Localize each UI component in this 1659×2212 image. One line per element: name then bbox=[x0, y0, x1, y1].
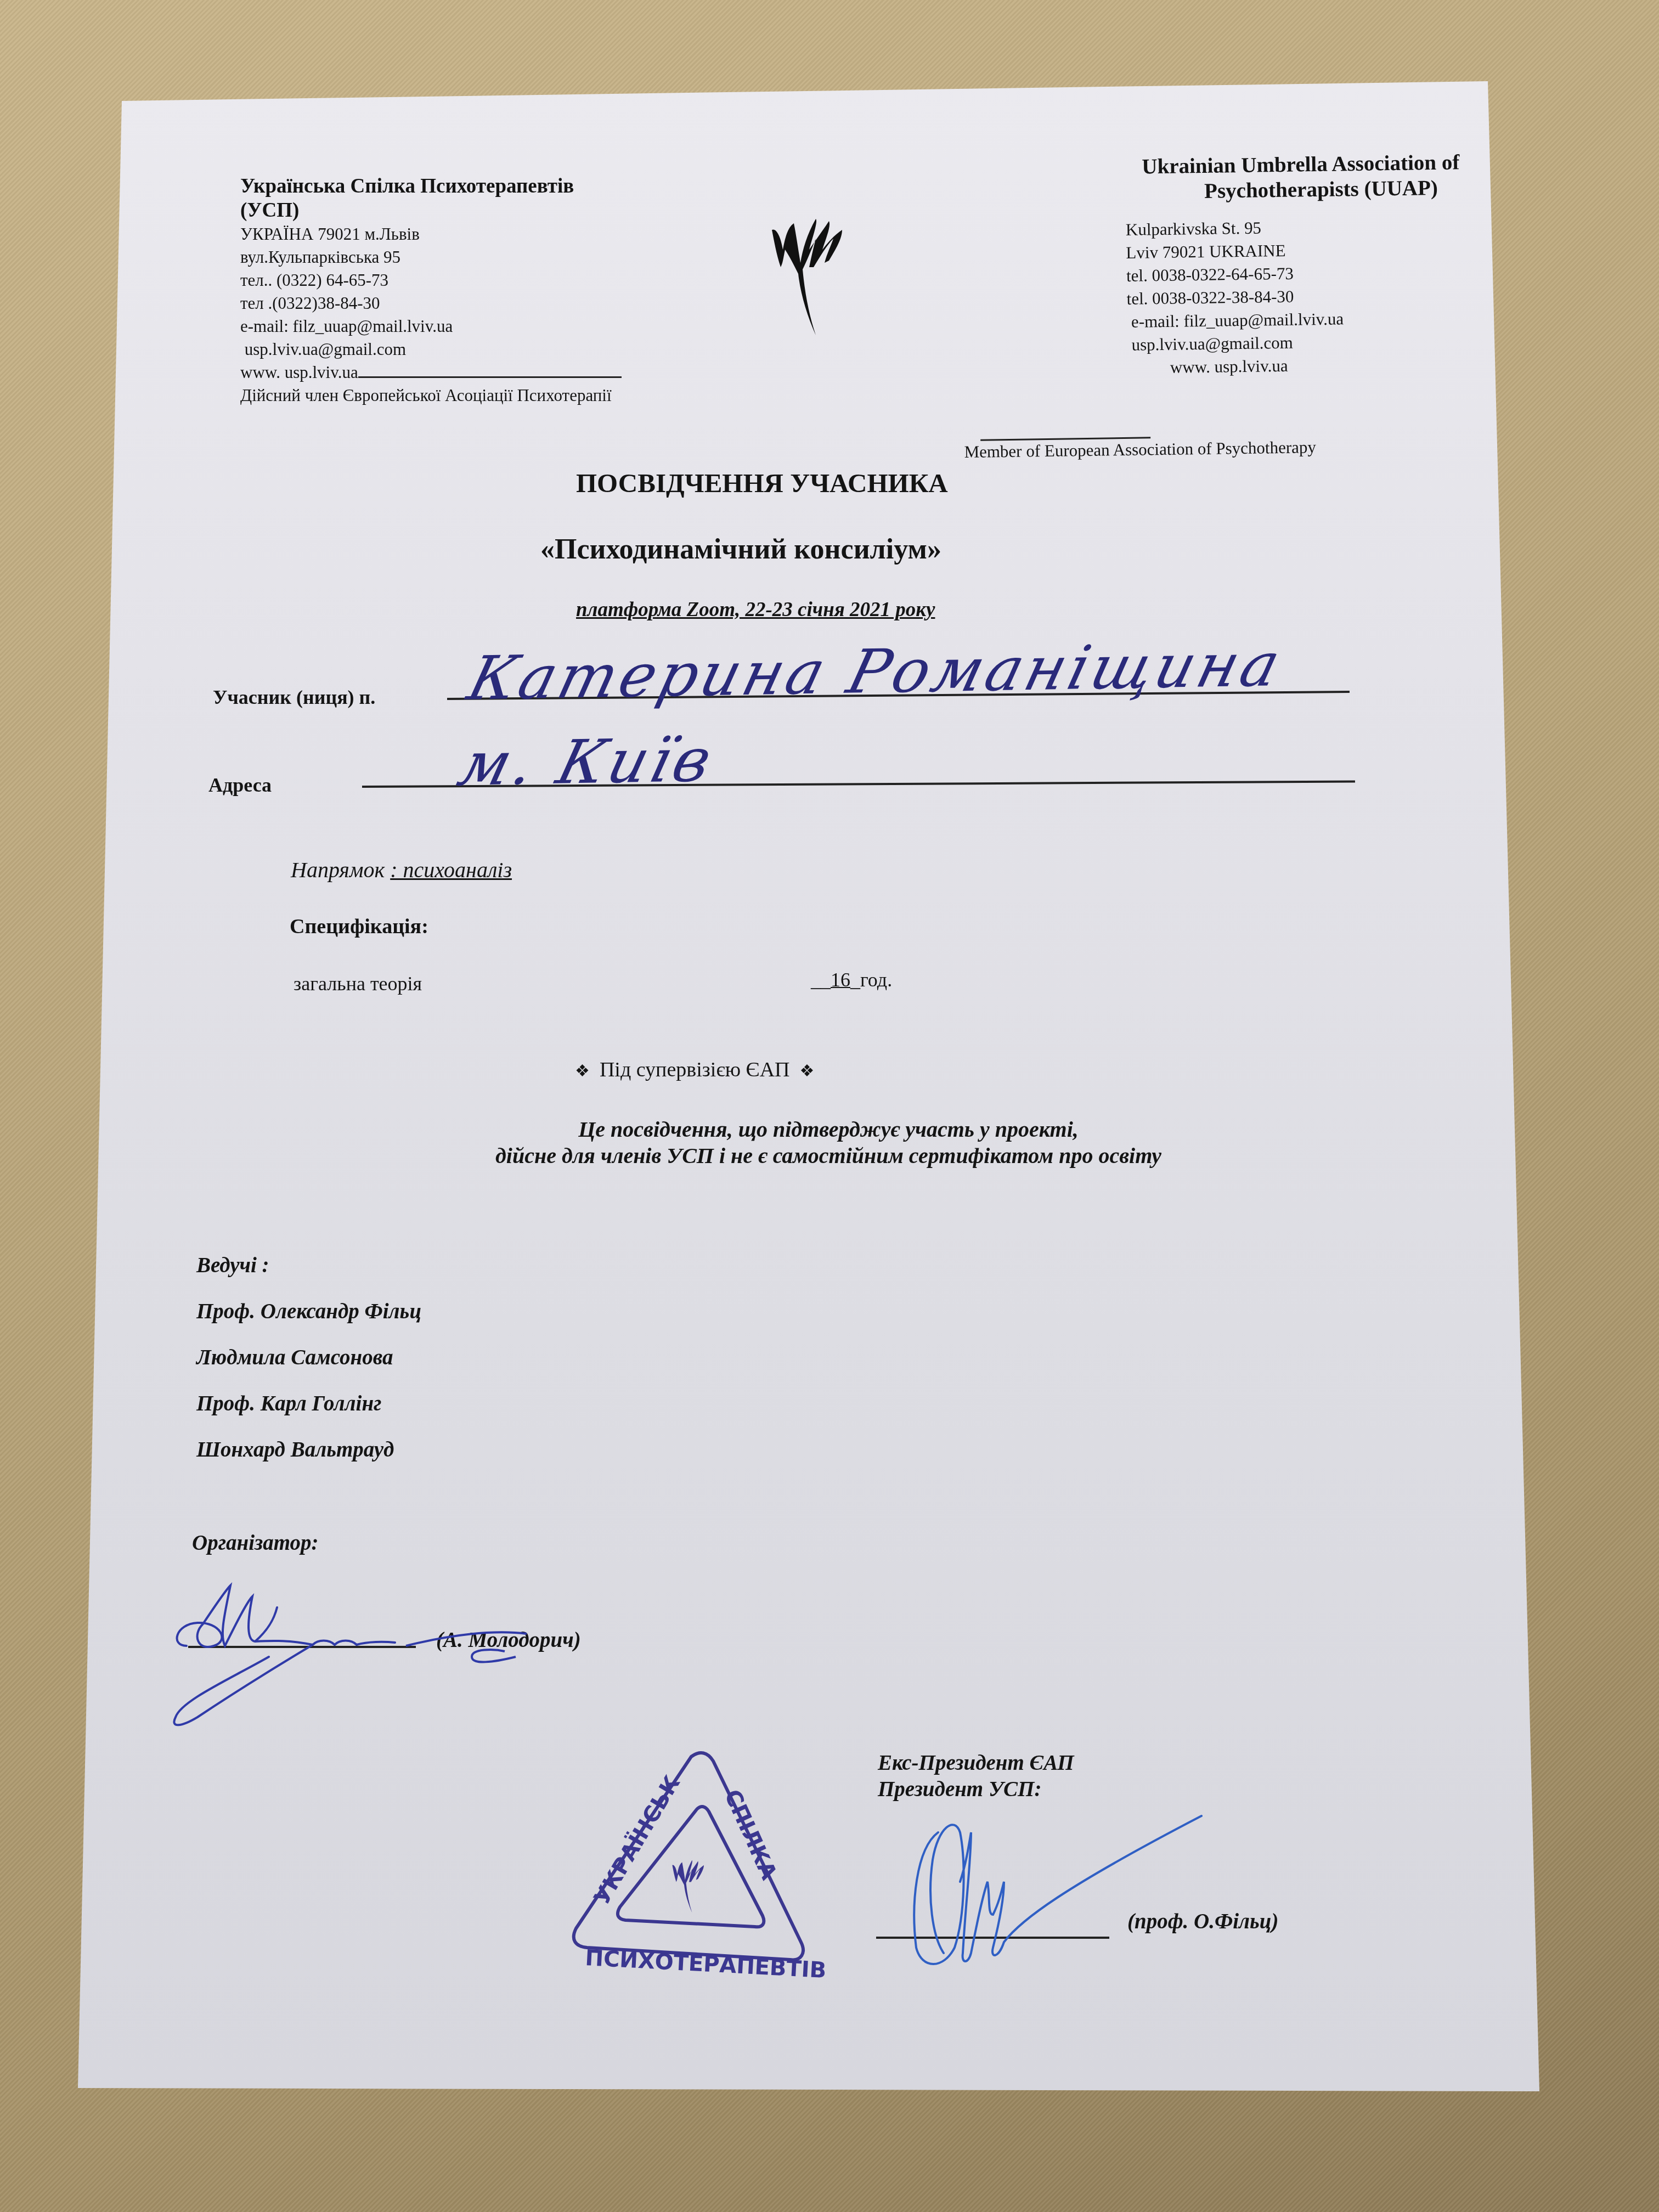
theory-label: загальна теорія bbox=[294, 972, 422, 995]
phone-line: tel. 0038-0322-38-84-30 bbox=[1126, 284, 1344, 311]
leader-name: Людмила Самсонова bbox=[196, 1335, 421, 1381]
organization-stamp: УКРАЇНСЬКА СПІЛКА ПСИХОТЕРАПЕВТІВ bbox=[560, 1739, 845, 1980]
hours-row: __16_год. bbox=[811, 968, 892, 991]
leader-name: Проф. Олександр Фільц bbox=[196, 1289, 421, 1335]
president-title-line-2: Президент УСП: bbox=[878, 1776, 1074, 1803]
leader-name: Проф. Карл Голлінг bbox=[196, 1381, 421, 1427]
contact-block-en: Kulparkivska St. 95 Lviv 79021 UKRAINE t… bbox=[1126, 215, 1345, 379]
stamp-text-right: СПІЛКА bbox=[719, 1786, 782, 1883]
address-line: УКРАЇНА 79021 м.Львів bbox=[240, 223, 734, 246]
phone-line: тел .(0322)38-84-30 bbox=[240, 292, 734, 315]
event-title: «Психодинамічний консиліум» bbox=[540, 533, 941, 566]
svg-text:УКРАЇНСЬКА: УКРАЇНСЬКА bbox=[551, 1719, 686, 1909]
supervision-line: ❖Під супервізією ЄАП❖ bbox=[565, 1058, 824, 1082]
president-title: Екс-Президент ЄАП Президент УСП: bbox=[878, 1750, 1074, 1803]
svg-text:СПІЛКА: СПІЛКА bbox=[719, 1786, 782, 1883]
address-line: Kulparkivska St. 95 bbox=[1126, 215, 1343, 241]
notice-line-1: Це посвідчення, що підтверджує участь у … bbox=[362, 1116, 1295, 1143]
diamond-bullet-icon: ❖ bbox=[575, 1062, 590, 1080]
leaders-list: Ведучі : Проф. Олександр Фільц Людмила С… bbox=[196, 1243, 421, 1473]
participant-name-handwritten: Катерина Романіщина bbox=[461, 629, 1290, 714]
org-abbr-ua: (УСП) bbox=[240, 199, 734, 223]
website-link[interactable]: www. usp.lviv.ua bbox=[240, 363, 358, 382]
address-label: Адреса bbox=[208, 774, 272, 797]
president-signature bbox=[900, 1816, 1229, 1975]
hours-value: 16 bbox=[831, 969, 850, 991]
org-name-ua: Українська Спілка Психотерапевтів bbox=[240, 174, 734, 199]
header-right: Ukrainian Umbrella Association of Psycho… bbox=[966, 150, 1460, 207]
notice-line-2: дійсне для членів УСП і не є самостійним… bbox=[362, 1143, 1295, 1169]
supervision-text: Під супервізією ЄАП bbox=[600, 1058, 790, 1081]
leader-name: Шонхард Вальтрауд bbox=[196, 1427, 421, 1473]
direction-value: : психоаналіз bbox=[390, 857, 512, 882]
specification-label: Специфікація: bbox=[290, 915, 428, 939]
email-line: usp.lviv.ua@gmail.com bbox=[1127, 330, 1345, 357]
address-line: вул.Кульпарківська 95 bbox=[240, 246, 734, 269]
stamp-text-left: УКРАЇНСЬКА bbox=[551, 1719, 686, 1909]
page-title: ПОСВІДЧЕННЯ УЧАСНИКА bbox=[576, 467, 948, 499]
direction-label: Напрямок bbox=[291, 857, 390, 882]
website-link[interactable]: www. usp.lviv.ua bbox=[1127, 353, 1345, 380]
leaders-label: Ведучі : bbox=[196, 1243, 421, 1289]
hours-prefix: __ bbox=[811, 969, 831, 991]
diamond-bullet-icon: ❖ bbox=[800, 1062, 815, 1080]
direction-row: Напрямок : психоаналіз bbox=[291, 857, 512, 883]
header-left: Українська Спілка Психотерапевтів (УСП) … bbox=[240, 174, 734, 407]
divider bbox=[358, 363, 622, 378]
usp-logo-icon bbox=[765, 206, 875, 337]
event-platform-date: платформа Zoom, 22-23 січня 2021 року bbox=[576, 598, 935, 622]
email-line: e-mail: filz_uuap@mail.lviv.ua bbox=[240, 315, 734, 338]
president-title-line-1: Екс-Президент ЄАП bbox=[878, 1750, 1074, 1776]
email-line: usp.lviv.ua@gmail.com bbox=[240, 338, 734, 361]
address-handwritten: м. Київ bbox=[452, 725, 721, 799]
usp-logo-icon bbox=[672, 1860, 704, 1912]
membership-line: Дійсний член Європейської Асоціації Псих… bbox=[240, 384, 734, 407]
phone-line: тел.. (0322) 64-65-73 bbox=[240, 269, 734, 292]
notice-text: Це посвідчення, що підтверджує участь у … bbox=[362, 1116, 1295, 1169]
email-line: e-mail: filz_uuap@mail.lviv.ua bbox=[1127, 307, 1344, 334]
phone-line: tel. 0038-0322-64-65-73 bbox=[1126, 261, 1344, 287]
organizer-label: Організатор: bbox=[192, 1531, 319, 1555]
hours-suffix: _год. bbox=[850, 969, 892, 991]
organizer-signature bbox=[165, 1580, 582, 1734]
stamp-text-bottom: ПСИХОТЕРАПЕВТІВ bbox=[584, 1945, 827, 1983]
address-line: Lviv 79021 UKRAINE bbox=[1126, 238, 1343, 264]
participant-label: Учасник (ниця) п. bbox=[213, 686, 375, 709]
website-line: www. usp.lviv.ua bbox=[240, 361, 734, 384]
